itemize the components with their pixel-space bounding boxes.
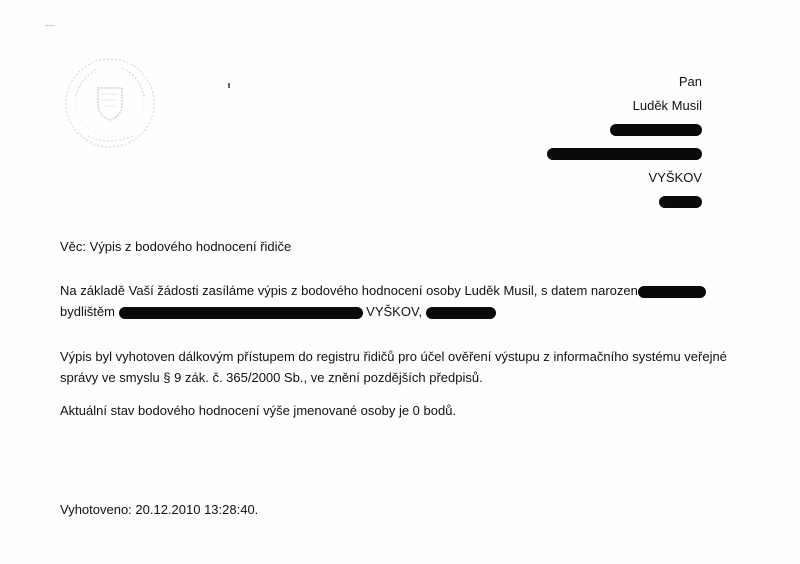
paragraph-source-line1: Výpis byl vyhotoven dálkovým přístupem d…	[60, 346, 727, 367]
paragraph-request: Na základě Vaší žádosti zasíláme výpis z…	[60, 280, 706, 322]
redacted-street	[610, 124, 702, 136]
residence-city: VYŠKOV,	[366, 304, 422, 319]
redacted-residence	[119, 307, 363, 319]
letter-subject: Věc: Výpis z bodového hodnocení řidiče	[60, 239, 291, 254]
redacted-birth-date	[638, 286, 706, 298]
issued-timestamp: Vyhotoveno: 20.12.2010 13:28:40.	[60, 502, 258, 517]
official-round-stamp-icon	[62, 56, 158, 150]
redacted-postal-code	[659, 196, 702, 208]
redacted-address-line	[547, 148, 702, 160]
addressee-name: Luděk Musil	[633, 94, 702, 118]
addressee-block: Pan Luděk Musil VYŠKOV	[547, 70, 702, 214]
paragraph-source-line2: správy ve smyslu § 9 zák. č. 365/2000 Sb…	[60, 367, 727, 388]
paragraph-request-line1: Na základě Vaší žádosti zasíláme výpis z…	[60, 283, 638, 298]
scan-speck	[45, 25, 55, 26]
addressee-city: VYŠKOV	[649, 166, 702, 190]
paragraph-points-status: Aktuální stav bodového hodnocení výše jm…	[60, 400, 456, 421]
scan-speck	[228, 83, 230, 88]
scanned-letter-page: Pan Luděk Musil VYŠKOV Věc: Výpis z bodo…	[0, 0, 800, 564]
paragraph-source: Výpis byl vyhotoven dálkovým přístupem d…	[60, 346, 727, 388]
addressee-salutation: Pan	[679, 70, 702, 94]
redacted-residence-code	[426, 307, 496, 319]
residence-label: bydlištěm	[60, 304, 115, 319]
